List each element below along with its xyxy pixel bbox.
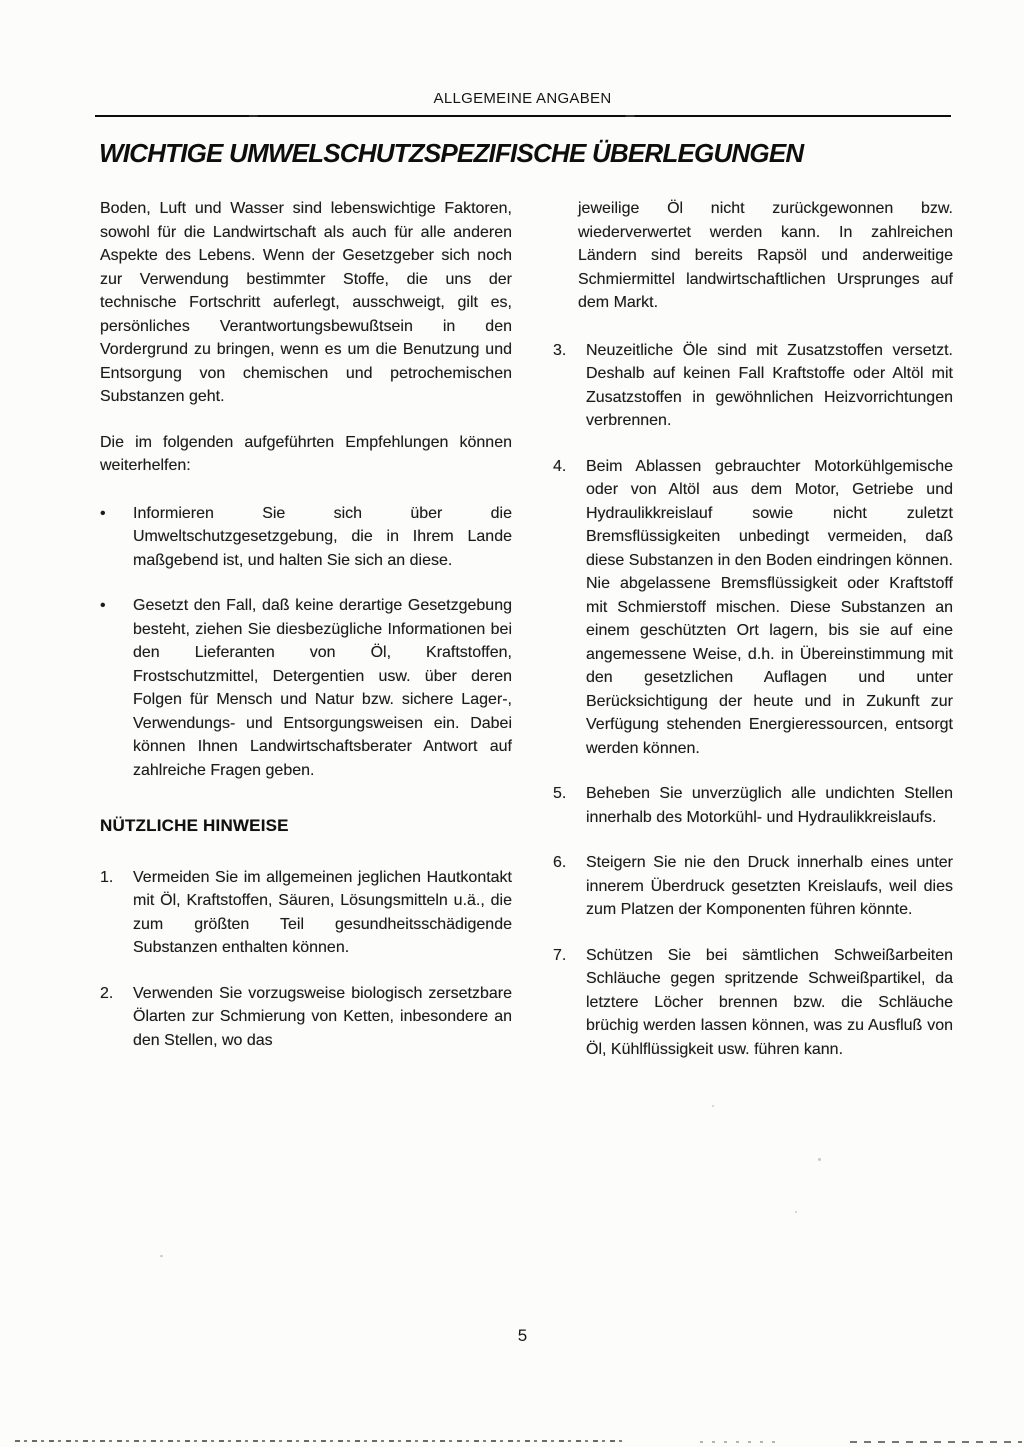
item-text: Neuzeitliche Öle sind mit Zusatzstoffen … <box>586 339 953 433</box>
item-number: 3. <box>553 339 586 433</box>
bullet-text: Gesetzt den Fall, daß keine derartige Ge… <box>133 594 512 782</box>
bullet-item: • Gesetzt den Fall, daß keine derartige … <box>100 594 512 782</box>
scan-speck <box>818 1158 821 1161</box>
section-heading: NÜTZLICHE HINWEISE <box>100 814 512 838</box>
item-2-continuation: jeweilige Öl nicht zurückgewonnen bzw. w… <box>553 197 953 315</box>
scan-artifact-dashed-line <box>700 1441 780 1443</box>
item-text: Beheben Sie unverzüglich alle undichten … <box>586 782 953 829</box>
scan-artifact-dashed-line <box>15 1440 627 1442</box>
bullet-marker: • <box>100 502 133 573</box>
item-number: 4. <box>553 455 586 761</box>
numbered-item: 3. Neuzeitliche Öle sind mit Zusatzstoff… <box>553 339 953 433</box>
right-column: jeweilige Öl nicht zurückgewonnen bzw. w… <box>553 197 953 1083</box>
numbered-item: 2. Verwenden Sie vorzugsweise biologisch… <box>100 982 512 1053</box>
page-title: WICHTIGE UMWELSCHUTZSPEZIFISCHE ÜBERLEGU… <box>99 138 803 169</box>
item-text: Steigern Sie nie den Druck innerhalb ein… <box>586 851 953 922</box>
bullet-item: • Informieren Sie sich über die Umweltsc… <box>100 502 512 573</box>
scan-speck <box>160 1255 163 1257</box>
numbered-item: 1. Vermeiden Sie im allgemeinen jegliche… <box>100 866 512 960</box>
running-header: ALLGEMEINE ANGABEN <box>95 90 950 107</box>
bullet-marker: • <box>100 594 133 782</box>
header-rule <box>95 115 951 117</box>
left-column: Boden, Luft und Wasser sind lebenswichti… <box>100 197 512 1074</box>
scan-artifact-dashed-line <box>850 1441 1022 1443</box>
document-page: ALLGEMEINE ANGABEN WICHTIGE UMWELSCHUTZS… <box>0 0 1024 1447</box>
item-number: 1. <box>100 866 133 960</box>
scan-speck <box>712 1105 714 1107</box>
numbered-item: 5. Beheben Sie unverzüglich alle undicht… <box>553 782 953 829</box>
item-number: 7. <box>553 944 586 1062</box>
item-text: Beim Ablassen gebrauchter Motorkühlgemis… <box>586 455 953 761</box>
numbered-item: 4. Beim Ablassen gebrauchter Motorkühlge… <box>553 455 953 761</box>
item-text: Schützen Sie bei sämtlichen Schweißarbei… <box>586 944 953 1062</box>
item-number: 6. <box>553 851 586 922</box>
numbered-item: 7. Schützen Sie bei sämtlichen Schweißar… <box>553 944 953 1062</box>
item-text: Vermeiden Sie im allgemeinen jeglichen H… <box>133 866 512 960</box>
page-number: 5 <box>95 1326 950 1346</box>
numbered-item: 6. Steigern Sie nie den Druck innerhalb … <box>553 851 953 922</box>
bullet-text: Informieren Sie sich über die Umweltschu… <box>133 502 512 573</box>
scan-speck <box>795 1211 797 1213</box>
item-text: Verwenden Sie vorzugsweise biologisch ze… <box>133 982 512 1053</box>
intro-paragraph: Boden, Luft und Wasser sind lebenswichti… <box>100 197 512 409</box>
recommendations-lead: Die im folgenden aufgeführten Empfehlung… <box>100 431 512 478</box>
item-number: 2. <box>100 982 133 1053</box>
item-number: 5. <box>553 782 586 829</box>
